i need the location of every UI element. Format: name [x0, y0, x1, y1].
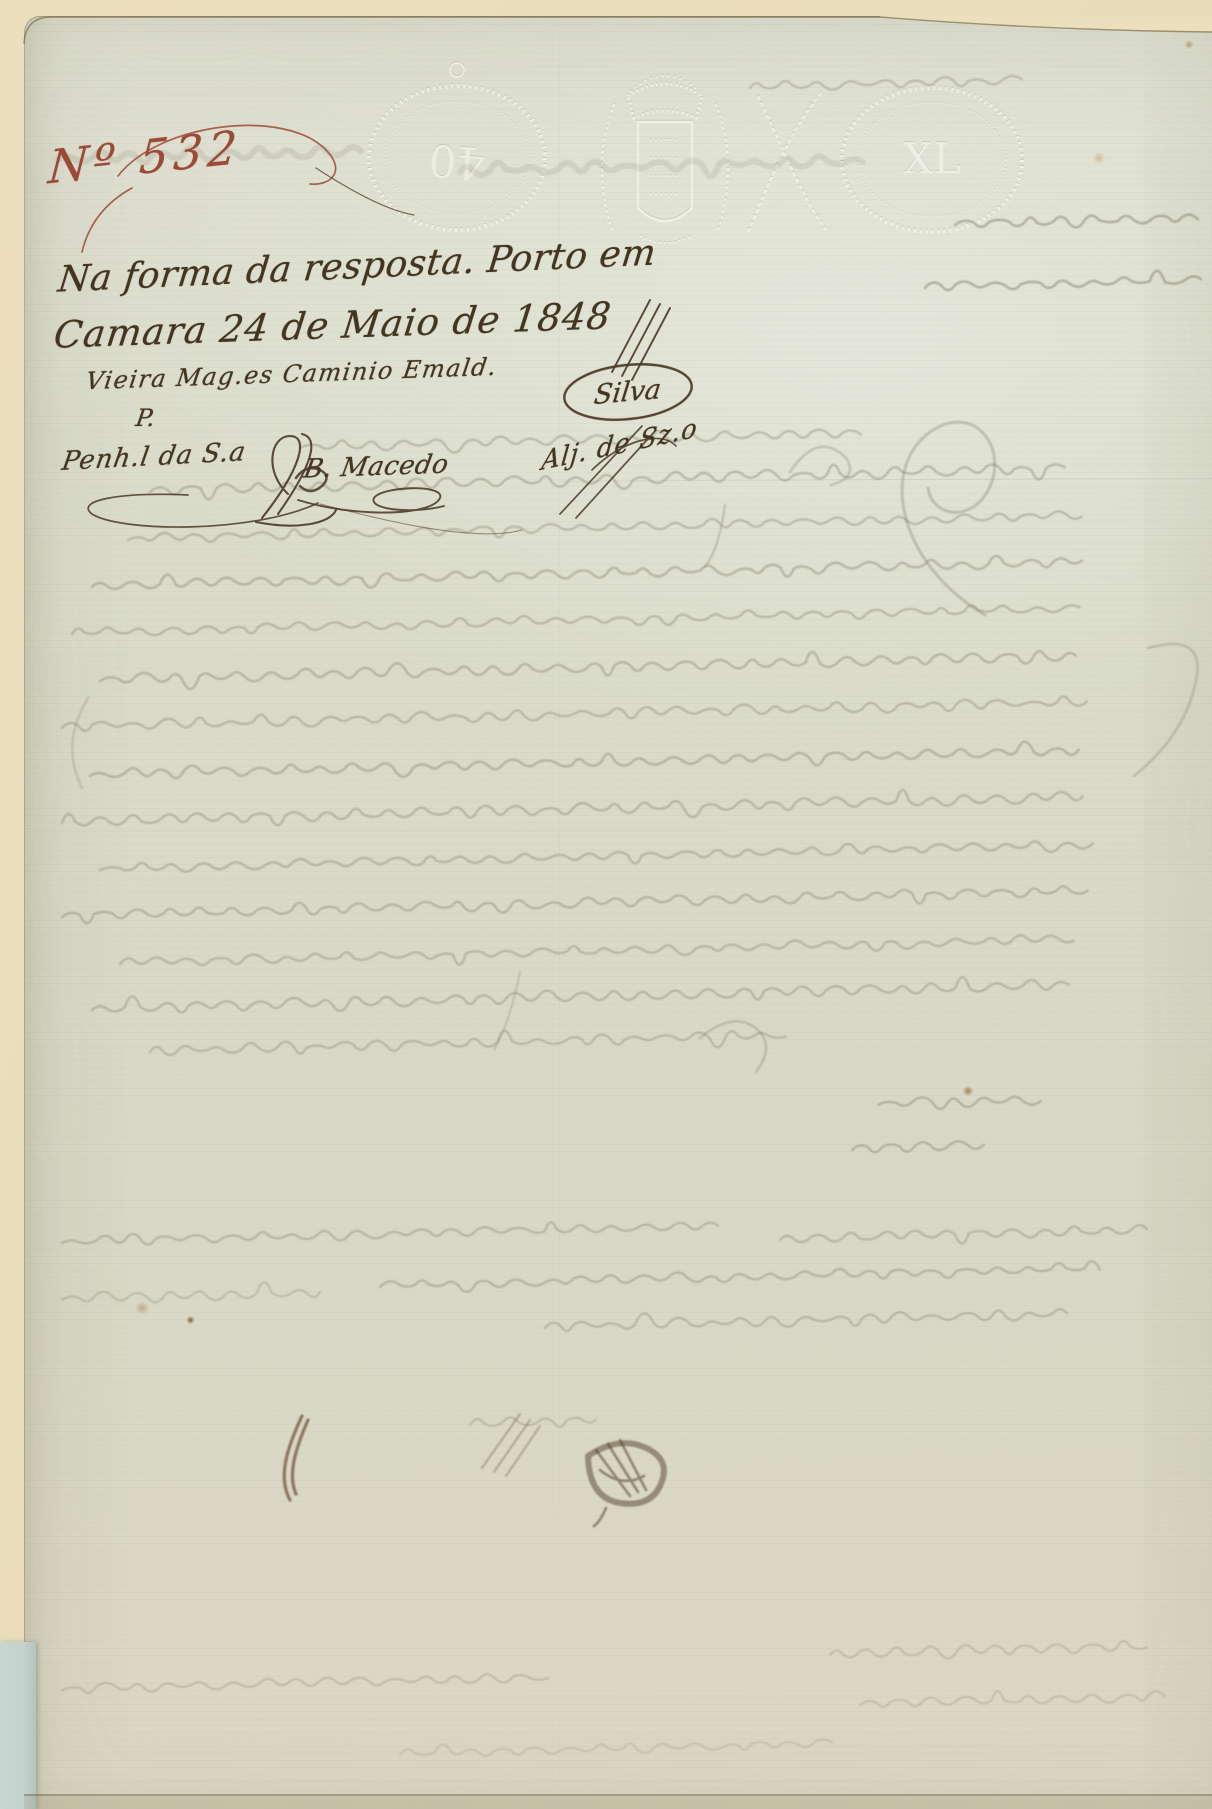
bleedthrough-flourish: [1134, 644, 1197, 776]
signature-2: B. Macedo: [301, 449, 451, 484]
bleedthrough-line: [100, 646, 1076, 692]
manuscript-scan: 40 XL: [0, 0, 1212, 1809]
bleedthrough-line: [62, 695, 1087, 733]
bleedthrough-line: [955, 213, 1198, 230]
letter-line-4: P.: [134, 404, 157, 432]
bleedthrough-line: [852, 1141, 984, 1153]
bleedthrough-line: [62, 884, 1088, 925]
bleedthrough-line: [878, 1094, 1041, 1110]
bleedthrough-flourish: [902, 422, 995, 615]
brown-stroke: [284, 1416, 308, 1500]
embossed-stamp-coat-of-arms: [602, 76, 728, 243]
silva-rubric-slashes: [612, 300, 670, 380]
bleedthrough-line: [925, 270, 1201, 291]
bleedthrough-line: [62, 785, 1083, 832]
bleedthrough-flourish: [700, 1021, 766, 1072]
bleedthrough-line: [100, 838, 1093, 877]
bleedthrough-line: [150, 1024, 786, 1061]
bleedthrough-flourish: [72, 698, 88, 788]
bleedthrough-line: [120, 934, 1074, 973]
bleedthrough-flourish: [705, 505, 725, 567]
signature2-flourish: [298, 488, 444, 512]
bleedthrough-line: [400, 1735, 832, 1759]
bleedthrough-line: [860, 1687, 1165, 1708]
bleedthrough-line: [830, 1640, 1147, 1661]
bleedthrough-line: [62, 1281, 320, 1305]
bleedthrough-line: [92, 974, 1069, 1017]
sheet-bottom-edge: [24, 1794, 1212, 1809]
underlying-blue-sheet: [0, 1642, 36, 1809]
bleedthrough-line: [750, 75, 1022, 91]
embossed-stamp-right: XL: [842, 88, 1022, 232]
bleedthrough-line: [128, 510, 1082, 547]
bleedthrough-line: [72, 602, 1080, 639]
bleedthrough-line: [92, 552, 1082, 594]
ink-blot: [284, 1414, 664, 1526]
bleedthrough-line: [545, 1303, 1067, 1333]
bleedthrough-line: [780, 1225, 1147, 1248]
embossed-stamp: 40 XL: [369, 63, 1022, 243]
bleedthrough-line: [90, 740, 1079, 784]
bleedthrough-line: [62, 1672, 548, 1694]
bleedthrough-line: [470, 1415, 596, 1429]
stamp-value-xl: XL: [903, 134, 961, 183]
bleedthrough-line: [62, 1218, 718, 1247]
stamp-value-40: 40: [427, 134, 486, 189]
sheet-top-edge: [24, 16, 1212, 44]
rubric-silva: Silva: [592, 374, 663, 411]
signature1-flourish: [88, 494, 318, 527]
embossed-stamp-left: 40: [369, 63, 545, 230]
bleedthrough-line: [380, 1261, 1100, 1294]
